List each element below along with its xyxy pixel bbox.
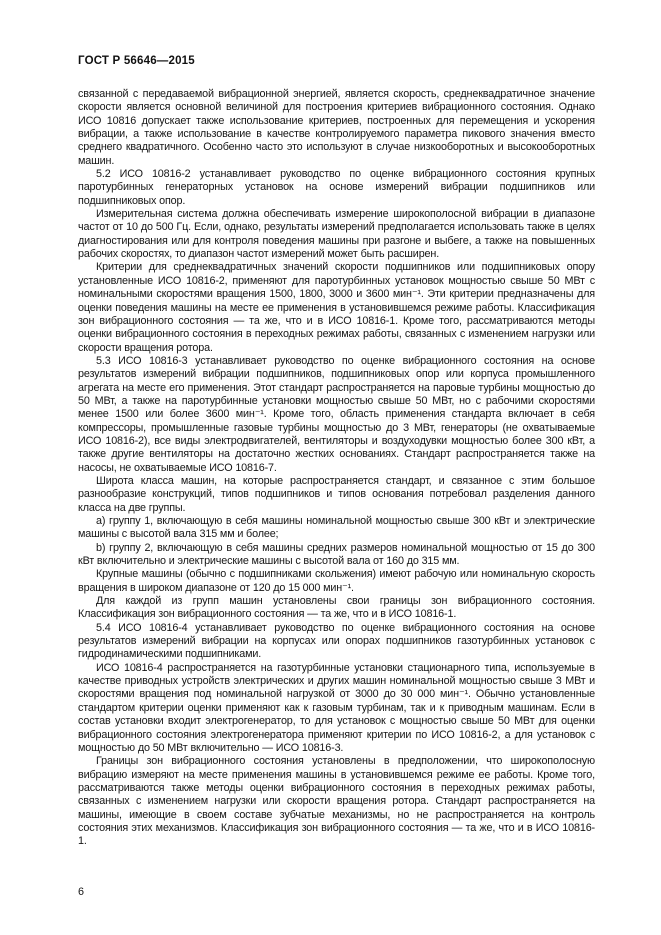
paragraph-iso-10816-4-scope: ИСО 10816-4 распространяется на газотурб… xyxy=(78,662,595,755)
paragraph-5-3: 5.3 ИСО 10816-3 устанавливает руководств… xyxy=(78,355,595,475)
paragraph-group-1: a) группу 1, включающую в себя машины но… xyxy=(78,515,595,542)
paragraph-large-machines: Крупные машины (обычно с подшипниками ск… xyxy=(78,568,595,595)
page-number: 6 xyxy=(78,886,84,898)
paragraph-zone-boundaries: Для каждой из групп машин установлены св… xyxy=(78,595,595,622)
paragraph-machine-class: Широта класса машин, на которые распрост… xyxy=(78,475,595,515)
document-page: ГОСТ Р 56646—2015 связанной с передаваем… xyxy=(0,0,661,935)
paragraph-zone-assumptions: Границы зон вибрационного состояния уста… xyxy=(78,755,595,848)
paragraph-5-4: 5.4 ИСО 10816-4 устанавливает руководств… xyxy=(78,622,595,662)
paragraph-5-2: 5.2 ИСО 10816-2 устанавливает руководств… xyxy=(78,168,595,208)
document-body: связанной с передаваемой вибрационной эн… xyxy=(78,88,595,849)
paragraph-criteria: Критерии для среднеквадратичных значений… xyxy=(78,261,595,354)
paragraph-measuring-system: Измерительная система должна обеспечиват… xyxy=(78,208,595,261)
document-designation: ГОСТ Р 56646—2015 xyxy=(78,55,195,67)
paragraph-group-2: b) группу 2, включающую в себя машины ср… xyxy=(78,542,595,569)
paragraph-continuation: связанной с передаваемой вибрационной эн… xyxy=(78,88,595,168)
